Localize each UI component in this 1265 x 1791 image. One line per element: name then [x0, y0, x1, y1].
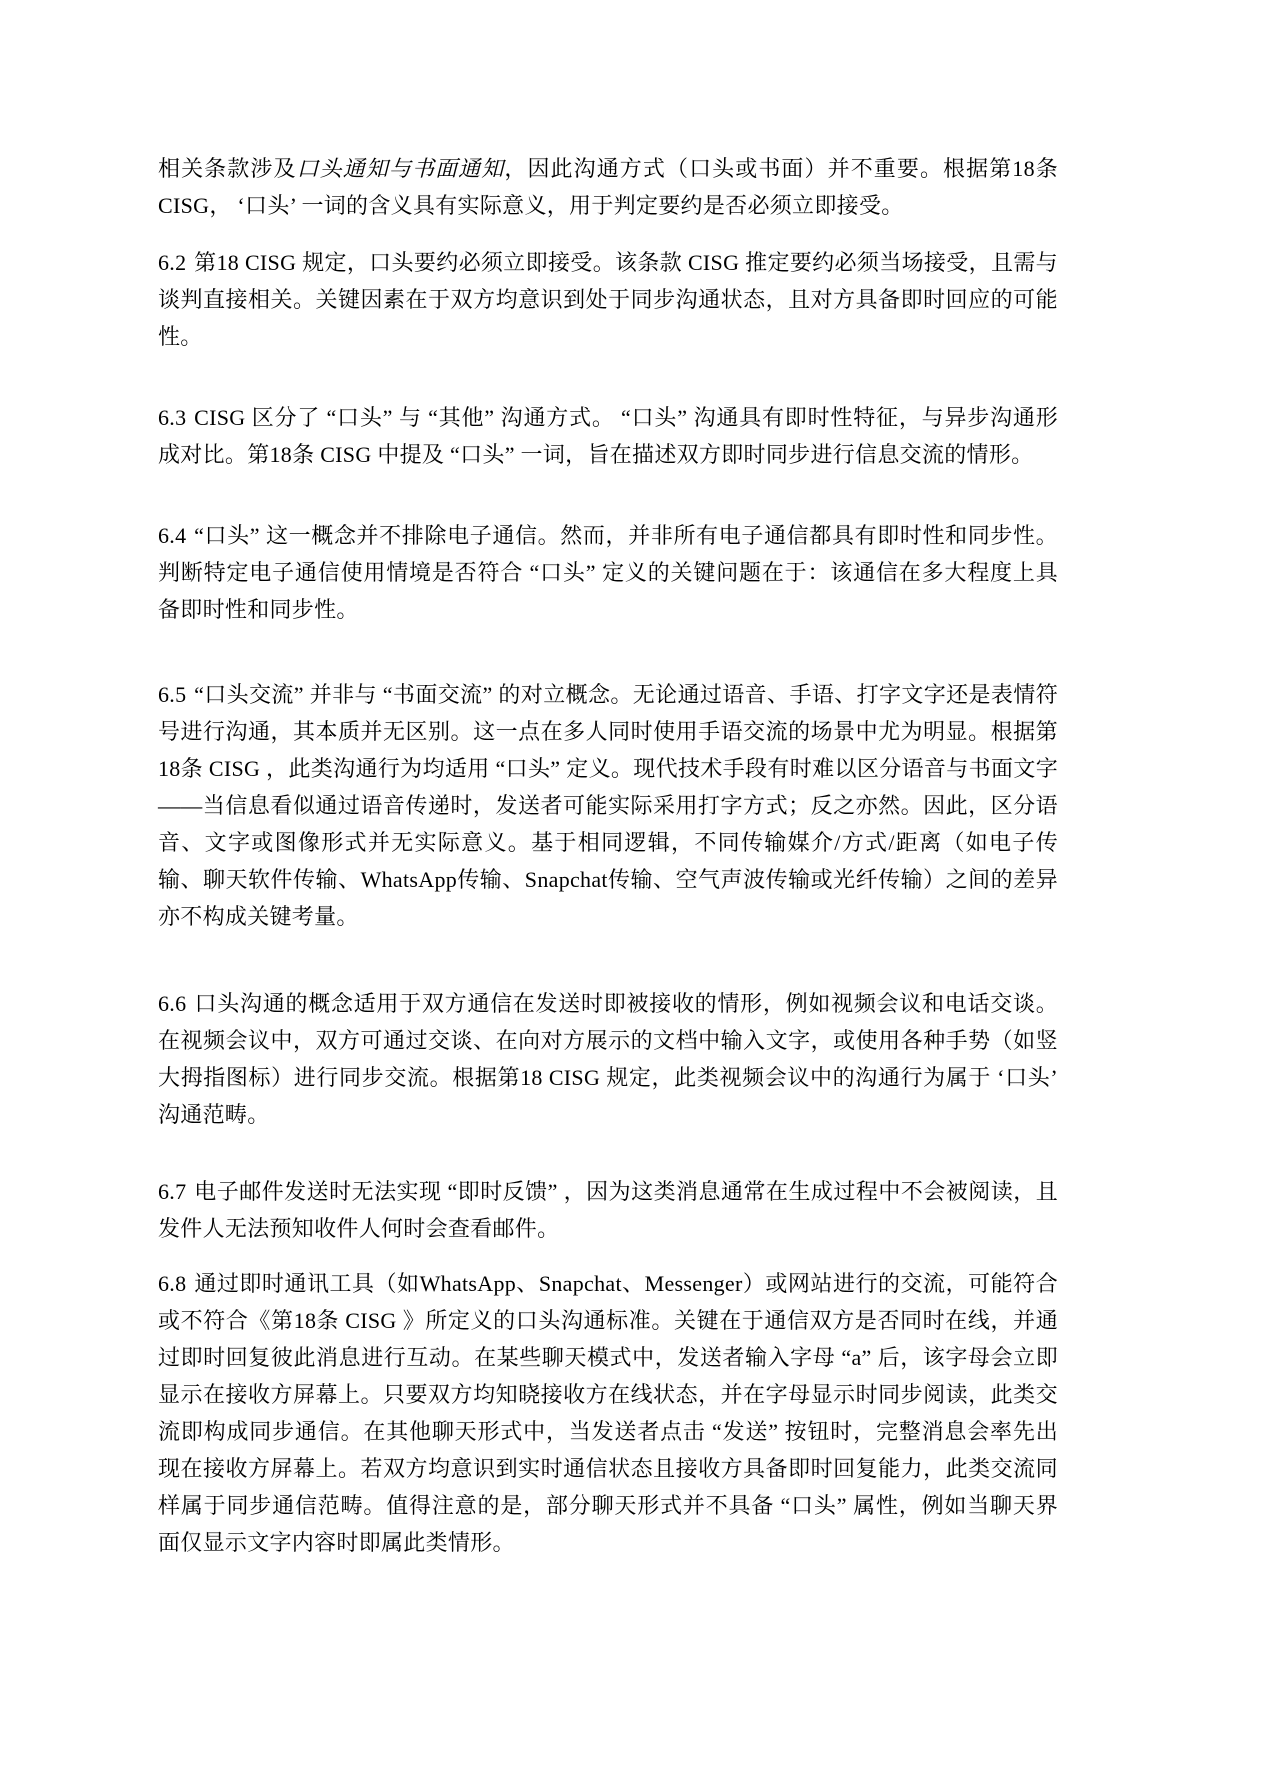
paragraph-number: 6.2: [158, 250, 186, 275]
paragraph-6-3: 6.3CISG 区分了 “口头” 与 “其他” 沟通方式。 “口头” 沟通具有即…: [158, 399, 1058, 473]
paragraph-text: “口头交流” 并非与 “书面交流” 的对立概念。无论通过语音、手语、打字文字还是…: [158, 682, 1058, 929]
paragraph-text: 通过即时通讯工具（如WhatsApp、Snapchat、Messenger）或网…: [158, 1271, 1058, 1555]
paragraph-6-6: 6.6口头沟通的概念适用于双方通信在发送时即被接收的情形，例如视频会议和电话交谈…: [158, 985, 1058, 1133]
paragraph-text: 口头沟通的概念适用于双方通信在发送时即被接收的情形，例如视频会议和电话交谈。在视…: [158, 991, 1058, 1127]
paragraph-6-8: 6.8通过即时通讯工具（如WhatsApp、Snapchat、Messenger…: [158, 1265, 1058, 1561]
paragraph-number: 6.5: [158, 682, 186, 707]
paragraph-6-5: 6.5“口头交流” 并非与 “书面交流” 的对立概念。无论通过语音、手语、打字文…: [158, 676, 1058, 935]
paragraph-text: 电子邮件发送时无法实现 “即时反馈” ，因为这类消息通常在生成过程中不会被阅读，…: [158, 1179, 1058, 1241]
paragraph-text: “口头” 这一概念并不排除电子通信。然而，并非所有电子通信都具有即时性和同步性。…: [158, 523, 1058, 622]
document-content: 相关条款涉及口头通知与书面通知，因此沟通方式（口头或书面）并不重要。根据第18条…: [158, 150, 1058, 1561]
paragraph-6-4: 6.4“口头” 这一概念并不排除电子通信。然而，并非所有电子通信都具有即时性和同…: [158, 517, 1058, 628]
paragraph-number: 6.3: [158, 405, 186, 430]
document-page: 相关条款涉及口头通知与书面通知，因此沟通方式（口头或书面）并不重要。根据第18条…: [0, 0, 1265, 1791]
paragraph-text: CISG 区分了 “口头” 与 “其他” 沟通方式。 “口头” 沟通具有即时性特…: [158, 405, 1058, 467]
paragraph-number: 6.7: [158, 1179, 186, 1204]
paragraph-number: 6.6: [158, 991, 186, 1016]
intro-text-italic: 口头通知与书面通知: [297, 156, 505, 181]
paragraph-intro: 相关条款涉及口头通知与书面通知，因此沟通方式（口头或书面）并不重要。根据第18条…: [158, 150, 1058, 224]
paragraph-number: 6.4: [158, 523, 186, 548]
intro-text-pre: 相关条款涉及: [158, 156, 297, 181]
paragraph-text: 第18 CISG 规定，口头要约必须立即接受。该条款 CISG 推定要约必须当场…: [158, 250, 1058, 349]
paragraph-6-7: 6.7电子邮件发送时无法实现 “即时反馈” ，因为这类消息通常在生成过程中不会被…: [158, 1173, 1058, 1247]
paragraph-number: 6.8: [158, 1271, 186, 1296]
paragraph-6-2: 6.2第18 CISG 规定，口头要约必须立即接受。该条款 CISG 推定要约必…: [158, 244, 1058, 355]
